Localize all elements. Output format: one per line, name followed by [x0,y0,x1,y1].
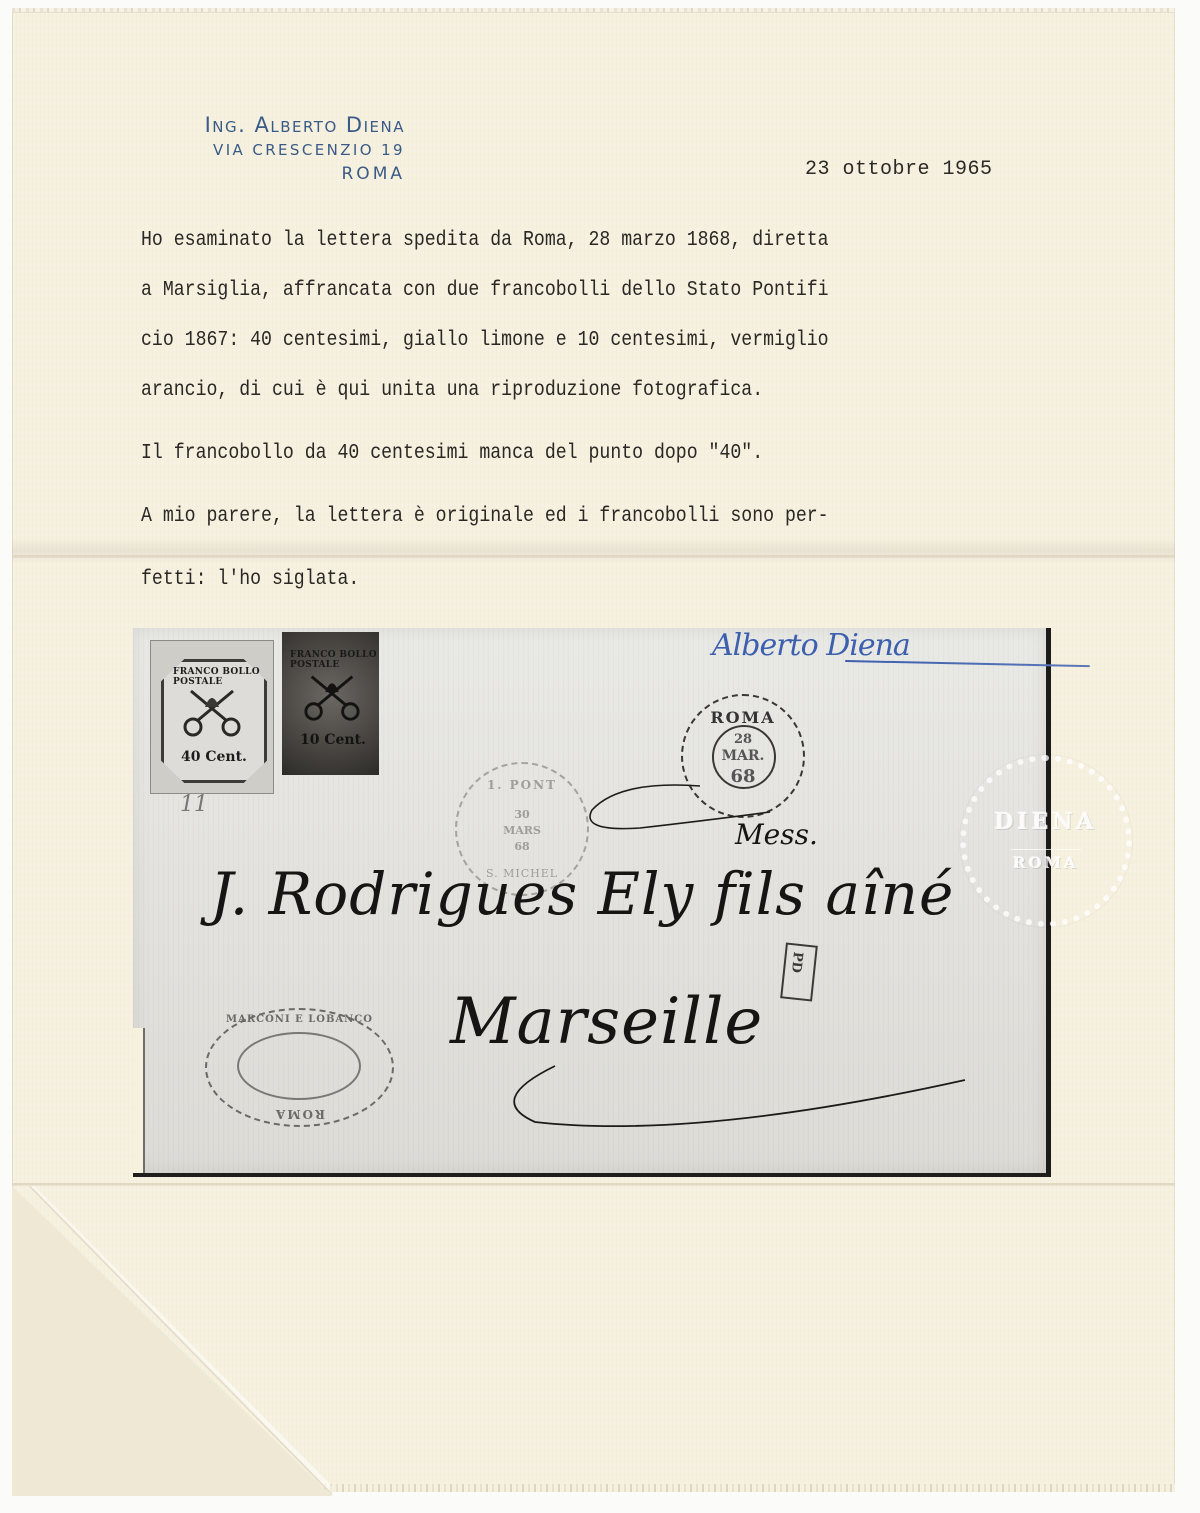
postmark-year: 68 [457,840,587,853]
city-underline-flourish [495,1060,975,1140]
letterhead: Ing. Alberto Diena VIA CRESCENZIO 19 ROM… [140,112,405,186]
postmark-top: 1. PONT [457,778,587,792]
address-addressee: J. Rodrigues Ely fils aîné [210,860,954,928]
body-line: fetti: l'ho siglata. [141,568,359,591]
stamp-10-cent: FRANCO BOLLO POSTALE 10 Cent. [282,632,379,775]
body-line: a Marsiglia, affrancata con due francobo… [141,279,829,302]
fold-crease-lower [12,1183,1175,1185]
fold-crease-upper [12,555,1175,557]
postmark-month: MARS [457,824,587,837]
signature: Alberto Diena [712,628,910,663]
body-line: cio 1867: 40 centesimi, giallo limone e … [141,329,829,352]
pencil-mark: 11 [180,792,208,817]
postmark-town: ROMA [683,708,803,727]
stamp-inscription: FRANCO BOLLO POSTALE [290,650,379,670]
oval-cachet: MARCONI E LOBANCO ROMA [205,1008,394,1127]
crossed-keys-icon [181,685,243,737]
emboss-name: DIENA [966,809,1126,835]
fold-shadow [12,538,1175,564]
photo-notch [133,1028,145,1177]
salutation-flourish [580,770,780,840]
letterhead-city: ROMA [140,162,405,186]
stamp-40-cent: FRANCO BOLLO POSTALE 40 Cent. [150,640,274,794]
letter-date: 23 ottobre 1965 [805,158,993,181]
address-city: Marseille [450,985,763,1059]
emboss-city: ROMA [1011,849,1081,872]
letterhead-address: VIA CRESCENZIO 19 [140,138,405,162]
crossed-keys-icon [302,670,362,722]
cachet-bottom-text: ROMA [207,1107,392,1121]
body-line: arancio, di cui è qui unita una riproduz… [141,379,763,402]
stamp-value: 10 Cent. [300,732,366,748]
postmark-day: 30 [457,808,587,821]
body-line: Il francobollo da 40 centesimi manca del… [141,442,763,465]
cachet-inner-oval [237,1032,361,1100]
body-line: Ho esaminato la lettera spedita da Roma,… [141,229,829,252]
embossed-seal: DIENA ROMA [960,755,1132,927]
letterhead-name: Ing. Alberto Diena [140,112,405,138]
cachet-top-text: MARCONI E LOBANCO [207,1014,392,1025]
folded-corner [12,1186,332,1496]
postmark-month: MAR. [683,748,803,764]
postmark-day: 28 [683,732,803,747]
body-line: A mio parere, la lettera è originale ed … [141,505,829,528]
stamp-value: 40 Cent. [181,749,247,765]
stamp-inscription: FRANCO BOLLO POSTALE [173,667,273,687]
pd-mark-text: PD [788,951,805,974]
pd-mark: PD [780,942,818,1001]
